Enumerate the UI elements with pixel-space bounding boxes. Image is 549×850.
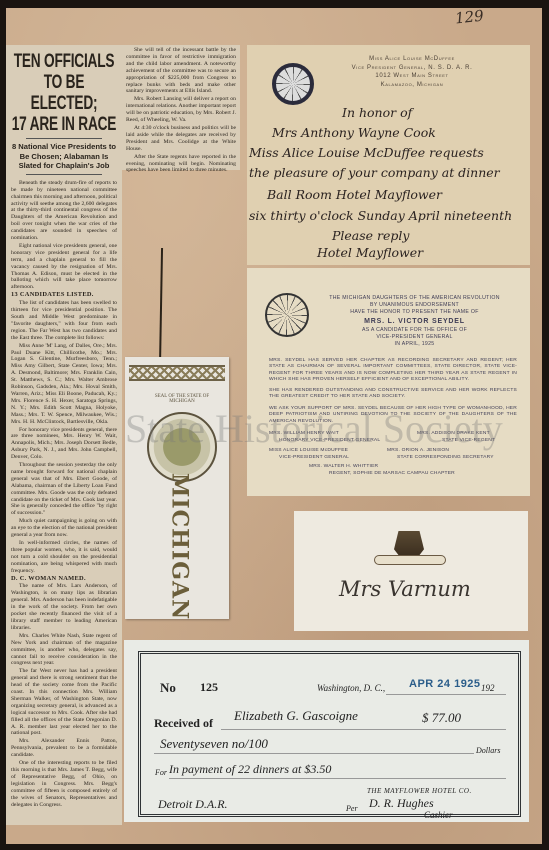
- article-body: She will tell of the incessant battle by…: [122, 45, 240, 177]
- receipt-number: 125: [200, 680, 218, 695]
- handwritten-line: Ball Room Hotel Mayflower: [267, 187, 442, 202]
- signatory-name: MRS. WALTER H. WHITTIER: [309, 464, 378, 470]
- signatory-title: VICE-PRESIDENT GENERAL: [279, 455, 349, 461]
- signatory-name: MISS ALICE LOUISE McDUFFEE: [269, 448, 348, 454]
- article-body: Beneath the steady drum-fire of reports …: [6, 178, 122, 812]
- dar-insignia-icon: [272, 63, 314, 105]
- handwritten-line: Please reply: [332, 228, 409, 243]
- handwritten-line: In honor of: [342, 105, 412, 120]
- dar-emblem-icon: [265, 293, 309, 337]
- decorative-band: [129, 365, 225, 381]
- for-label: For: [155, 768, 167, 777]
- signer: D. R. Hughes: [369, 796, 434, 811]
- divider: [26, 174, 102, 175]
- invitation-letter: Miss Alice Louise McDuffee Vice Presiden…: [247, 45, 530, 265]
- endorsement-paragraph: SHE HAS RENDERED OUTSTANDING AND CONSTRU…: [269, 388, 517, 401]
- letterhead: Miss Alice Louise McDuffee Vice Presiden…: [317, 55, 507, 89]
- handwritten-line: Hotel Mayflower: [317, 245, 423, 260]
- section-heading: D. C. WOMAN NAMED.: [11, 576, 117, 583]
- handwritten-line: the pleasure of your company at dinner: [249, 165, 500, 180]
- endorsement-header: THE MICHIGAN DAUGHTERS OF THE AMERICAN R…: [307, 295, 522, 348]
- michigan-ribbon: SEAL OF THE STATE OF MICHIGAN MICHIGAN: [125, 357, 229, 619]
- candidate-name: MRS. L. VICTOR SEYDEL: [307, 318, 522, 325]
- date-stamp: APR 24 1925: [409, 678, 481, 690]
- subheadline: 8 National Vice Presidents to Be Chosen;…: [11, 142, 117, 171]
- received-label: Received of: [154, 716, 213, 731]
- signatory-name: MRS. WILLIAM HENRY WAIT: [269, 431, 339, 437]
- handwritten-line: six thirty o'clock Sunday April nineteen…: [249, 208, 512, 223]
- signatory-name: MRS. ADDISON DRAKE KENT: [417, 431, 490, 437]
- place-card: Mrs Varnum: [294, 511, 528, 631]
- per-label: Per: [346, 804, 358, 813]
- handwritten-line: Mrs Anthony Wayne Cook: [272, 125, 436, 140]
- payer-name: Elizabeth G. Gascoigne: [234, 708, 358, 724]
- hotel-receipt: No 125 Washington, D. C., APR 24 1925 19…: [124, 640, 529, 822]
- signer-title: Cashier: [424, 810, 453, 820]
- divider: [26, 138, 102, 139]
- company-name: THE MAYFLOWER HOTEL CO.: [367, 787, 472, 795]
- newspaper-clipping: TEN OFFICIALS TO BE ELECTED; 17 ARE IN R…: [6, 45, 122, 825]
- endorsement-paragraph: MRS. SEYDEL HAS SERVED HER CHAPTER AS RE…: [269, 358, 517, 383]
- guest-name: Mrs Varnum: [339, 577, 471, 601]
- page-number: 129: [454, 7, 484, 28]
- banner-scroll-icon: [374, 555, 446, 565]
- signatory-title: STATE VICE-REGENT: [442, 438, 495, 444]
- newspaper-clipping-continued: She will tell of the incessant battle by…: [122, 45, 240, 170]
- signatory-title: REGENT, SOPHIE DE MARSAC CAMPAU CHAPTER: [329, 471, 455, 477]
- receipt-number-label: No: [160, 680, 176, 696]
- endorsement-paragraph: WE ASK YOUR SUPPORT OF MRS. SEYDEL BECAU…: [269, 406, 517, 425]
- year-prefix: 192: [481, 683, 495, 693]
- signatory-title: STATE CORRESPONDING SECRETARY: [397, 455, 494, 461]
- endorsement-card: THE MICHIGAN DAUGHTERS OF THE AMERICAN R…: [247, 268, 530, 496]
- signatory-title: HONORARY VICE-PRESIDENT GENERAL: [279, 438, 380, 444]
- mayflower-ship-icon: [394, 531, 424, 557]
- section-heading: 13 CANDIDATES LISTED.: [11, 292, 117, 299]
- payment-purpose: In payment of 22 dinners at $3.50: [169, 762, 331, 777]
- amount-in-words: Seventyseven no/100: [160, 736, 268, 752]
- signatory-name: MRS. ORION A. JENISON: [387, 448, 449, 454]
- memo: Detroit D.A.R.: [158, 797, 228, 812]
- headline: TEN OFFICIALS TO BE ELECTED; 17 ARE IN R…: [9, 51, 118, 135]
- michigan-seal-icon: SEAL OF THE STATE OF MICHIGAN: [147, 412, 217, 482]
- receipt-location: Washington, D. C.,: [317, 683, 385, 693]
- dollars-label: Dollars: [476, 746, 500, 755]
- handwritten-line: Miss Alice Louise McDuffee requests: [249, 145, 484, 160]
- ribbon-label: MICHIGAN: [157, 492, 202, 602]
- amount: $ 77.00: [422, 710, 461, 726]
